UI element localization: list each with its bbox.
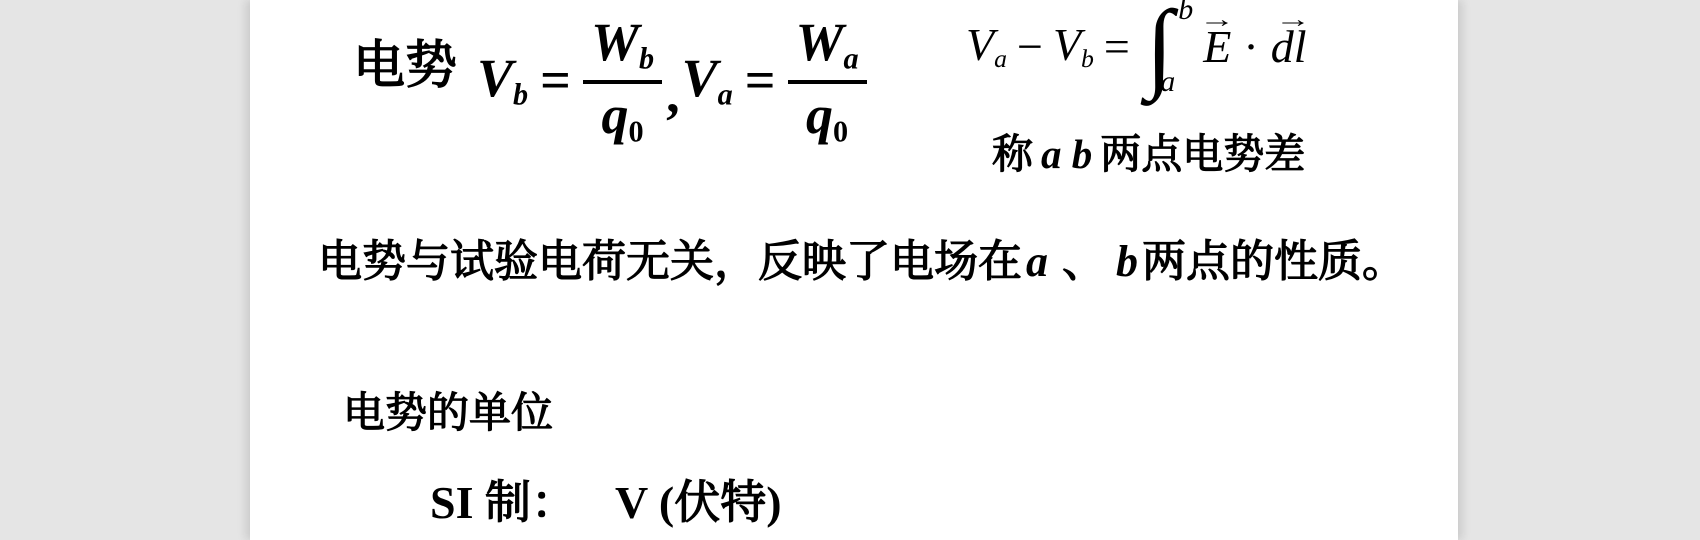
formula-term-Vb: Vb [477, 51, 528, 110]
vector-arrow-icon: → [1199, 8, 1235, 32]
caption-suffix: 两点电势差 [1100, 131, 1305, 177]
vector-arrow-icon: → [1275, 8, 1311, 32]
equals-sign: = [540, 53, 571, 107]
si-label: SI 制： [430, 477, 577, 528]
fraction-numerator: Wa [788, 18, 867, 84]
point-b: b [1116, 237, 1138, 286]
dot-product-sign: · [1243, 24, 1258, 70]
dl-vector: → dl [1271, 24, 1307, 70]
statement-prefix: 电势与试验电荷无关，反映了电场在 [318, 237, 1022, 286]
potential-definition-formula: Vb = Wb q0 , Va = Wa q0 [477, 18, 867, 146]
fraction-Wa-q0: Wa q0 [788, 18, 867, 146]
fraction-denominator: q0 [593, 84, 651, 147]
comma-separator: , [666, 67, 680, 121]
unit-heading: 电势的单位 [343, 391, 553, 437]
property-statement: 电势与试验电荷无关，反映了电场在a、b两点的性质。 [318, 238, 1406, 286]
si-value: V (伏特) [615, 477, 782, 528]
difference-caption: 称a b两点电势差 [992, 132, 1305, 177]
formula-term-Va: Va [682, 51, 733, 110]
formula-term-Va: Va [966, 22, 1007, 72]
equals-sign: = [745, 53, 776, 107]
integral-lower-limit: a [1160, 67, 1175, 97]
si-unit-line: SI 制：V (伏特) [430, 478, 782, 529]
enumeration-comma: 、 [1062, 237, 1106, 286]
potential-difference-formula: Va − Vb = ∫ b a → E · → dl [966, 2, 1307, 92]
fraction-numerator: Wb [583, 18, 662, 84]
equals-sign: = [1104, 24, 1130, 70]
caption-points-ab: a b [1041, 131, 1092, 177]
application-canvas: 电势 Vb = Wb q0 , Va = Wa q0 Va − Vb = ∫ [0, 0, 1700, 540]
integral-upper-limit: b [1178, 0, 1193, 25]
integral-with-limits: ∫ b a [1146, 7, 1173, 87]
fraction-Wb-q0: Wb q0 [583, 18, 662, 146]
minus-sign: − [1017, 24, 1043, 70]
point-a: a [1026, 237, 1048, 286]
potential-label: 电势 [353, 38, 457, 95]
formula-term-Vb: Vb [1053, 22, 1094, 72]
slide-page: 电势 Vb = Wb q0 , Va = Wa q0 Va − Vb = ∫ [250, 0, 1458, 540]
fraction-denominator: q0 [798, 84, 856, 147]
E-field-vector: → E [1203, 24, 1231, 70]
caption-prefix: 称 [992, 131, 1033, 177]
statement-suffix: 两点的性质。 [1142, 237, 1406, 286]
